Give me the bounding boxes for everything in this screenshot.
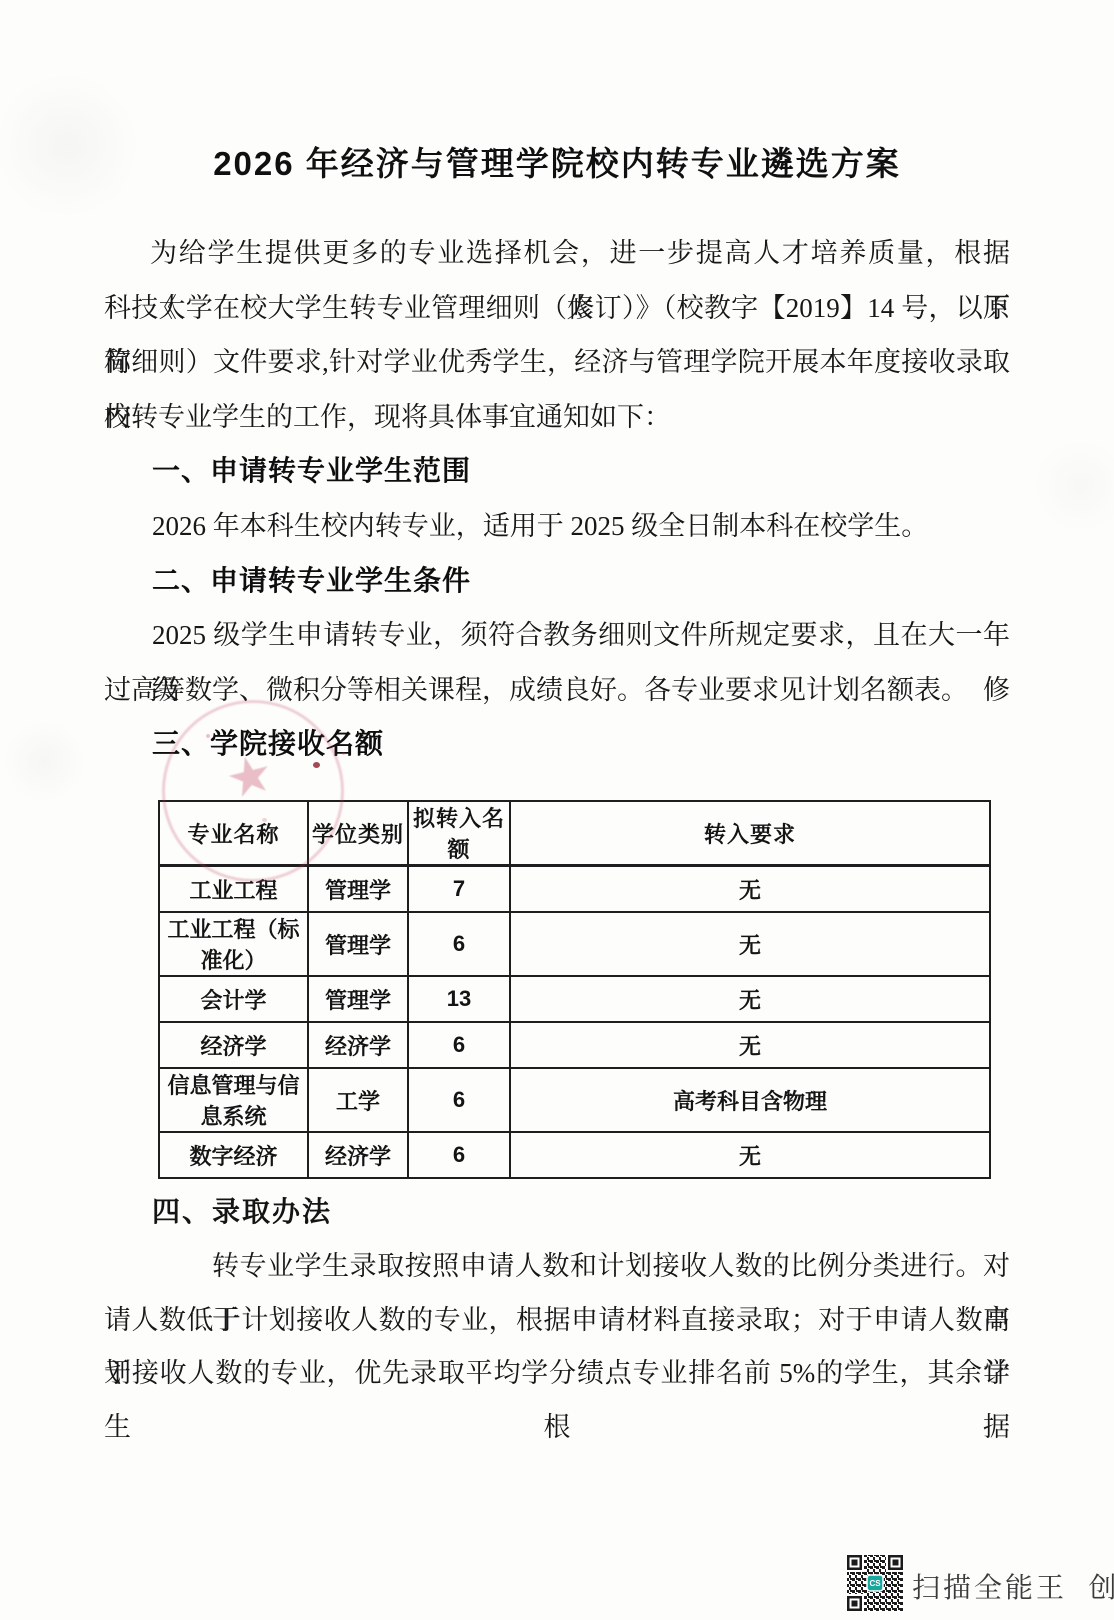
table-row: 会计学管理学13无 [159, 976, 990, 1022]
table-cell: 工业工程 [159, 866, 308, 913]
table-header-row: 专业名称 学位类别 拟转入名额 转入要求 [159, 801, 990, 866]
section-heading-4: 四、录取办法 [152, 1190, 332, 1230]
section-heading-2: 二、申请转专业学生条件 [104, 554, 1010, 609]
text-line: 请人数低于计划接收人数的专业，根据申请材料直接录取；对于申请人数高于计 [104, 1294, 1010, 1348]
document-title: 2026 年经济与管理学院校内转专业遴选方案 [0, 138, 1114, 185]
table-cell: 6 [408, 1022, 510, 1068]
qr-finder [846, 1594, 864, 1612]
table-cell: 6 [408, 1068, 510, 1132]
camscanner-watermark-label: 扫描全能王 创建 [912, 1566, 1114, 1606]
table-cell: 无 [510, 866, 990, 913]
document-body-lower: 转专业学生录取按照申请人数和计划接收人数的比例分类进行。对于申 请人数低于计划接… [104, 1240, 1010, 1401]
table-cell: 经济学 [159, 1022, 308, 1068]
table-cell: 6 [408, 1132, 510, 1178]
table-cell: 6 [408, 912, 510, 976]
text-line: 为给学生提供更多的专业选择机会，进一步提高人才培养质量，根据《太原 [104, 226, 1010, 281]
table-row: 信息管理与信息系统工学6高考科目含物理 [159, 1068, 990, 1132]
table-cell: 经济学 [308, 1022, 408, 1068]
qr-code-icon: CS [846, 1554, 904, 1612]
table-cell: 管理学 [308, 866, 408, 913]
table-cell: 数字经济 [159, 1132, 308, 1178]
table-cell: 13 [408, 976, 510, 1022]
text-line: 划接收人数的专业，优先录取平均学分绩点专业排名前 5%的学生，其余学生根据 [104, 1347, 1010, 1401]
section-heading-1: 一、申请转专业学生范围 [104, 444, 1010, 499]
table-header-cell: 专业名称 [159, 801, 308, 866]
table-row: 工业工程管理学7无 [159, 866, 990, 913]
text-line: 科技大学在校大学生转专业管理细则（修订）》（校教字【2019】14 号，以下简 [104, 281, 1010, 336]
text-line: 内转专业学生的工作，现将具体事宜通知如下： [104, 390, 1010, 445]
document-body-upper: 为给学生提供更多的专业选择机会，进一步提高人才培养质量，根据《太原 科技大学在校… [104, 226, 1010, 772]
qr-finder [886, 1554, 904, 1572]
text-line: 过高等数学、微积分等相关课程，成绩良好。各专业要求见计划名额表。 [104, 663, 1010, 718]
table-cell: 无 [510, 1022, 990, 1068]
text-line: 2026 年本科生校内转专业，适用于 2025 级全日制本科在校学生。 [104, 499, 1010, 554]
table-cell: 无 [510, 1132, 990, 1178]
table-cell: 7 [408, 866, 510, 913]
table-cell: 会计学 [159, 976, 308, 1022]
table-header-cell: 拟转入名额 [408, 801, 510, 866]
table-header-cell: 转入要求 [510, 801, 990, 866]
quota-table-body: 工业工程管理学7无工业工程（标准化）管理学6无会计学管理学13无经济学经济学6无… [159, 866, 990, 1179]
table-cell: 无 [510, 912, 990, 976]
table-cell: 无 [510, 976, 990, 1022]
table-row: 经济学经济学6无 [159, 1022, 990, 1068]
qr-finder [846, 1554, 864, 1572]
table-row: 工业工程（标准化）管理学6无 [159, 912, 990, 976]
table-cell: 管理学 [308, 912, 408, 976]
table-cell: 工业工程（标准化） [159, 912, 308, 976]
table-cell: 信息管理与信息系统 [159, 1068, 308, 1132]
text-line: 称细则）文件要求,针对学业优秀学生，经济与管理学院开展本年度接收录取校 [104, 335, 1010, 390]
table-row: 数字经济经济学6无 [159, 1132, 990, 1178]
table-cell: 高考科目含物理 [510, 1068, 990, 1132]
table-cell: 经济学 [308, 1132, 408, 1178]
quota-table: 专业名称 学位类别 拟转入名额 转入要求 工业工程管理学7无工业工程（标准化）管… [158, 800, 991, 1179]
section-heading-3: 三、学院接收名额 [104, 717, 1010, 772]
qr-badge-label: CS [869, 1579, 881, 1588]
text-line: 2025 级学生申请转专业，须符合教务细则文件所规定要求，且在大一年级修 [104, 608, 1010, 663]
table-cell: 工学 [308, 1068, 408, 1132]
table-header-cell: 学位类别 [308, 801, 408, 866]
text-line: 转专业学生录取按照申请人数和计划接收人数的比例分类进行。对于申 [104, 1240, 1010, 1294]
scanned-document-page: 2026 年经济与管理学院校内转专业遴选方案 为给学生提供更多的专业选择机会，进… [0, 0, 1114, 1620]
table-cell: 管理学 [308, 976, 408, 1022]
